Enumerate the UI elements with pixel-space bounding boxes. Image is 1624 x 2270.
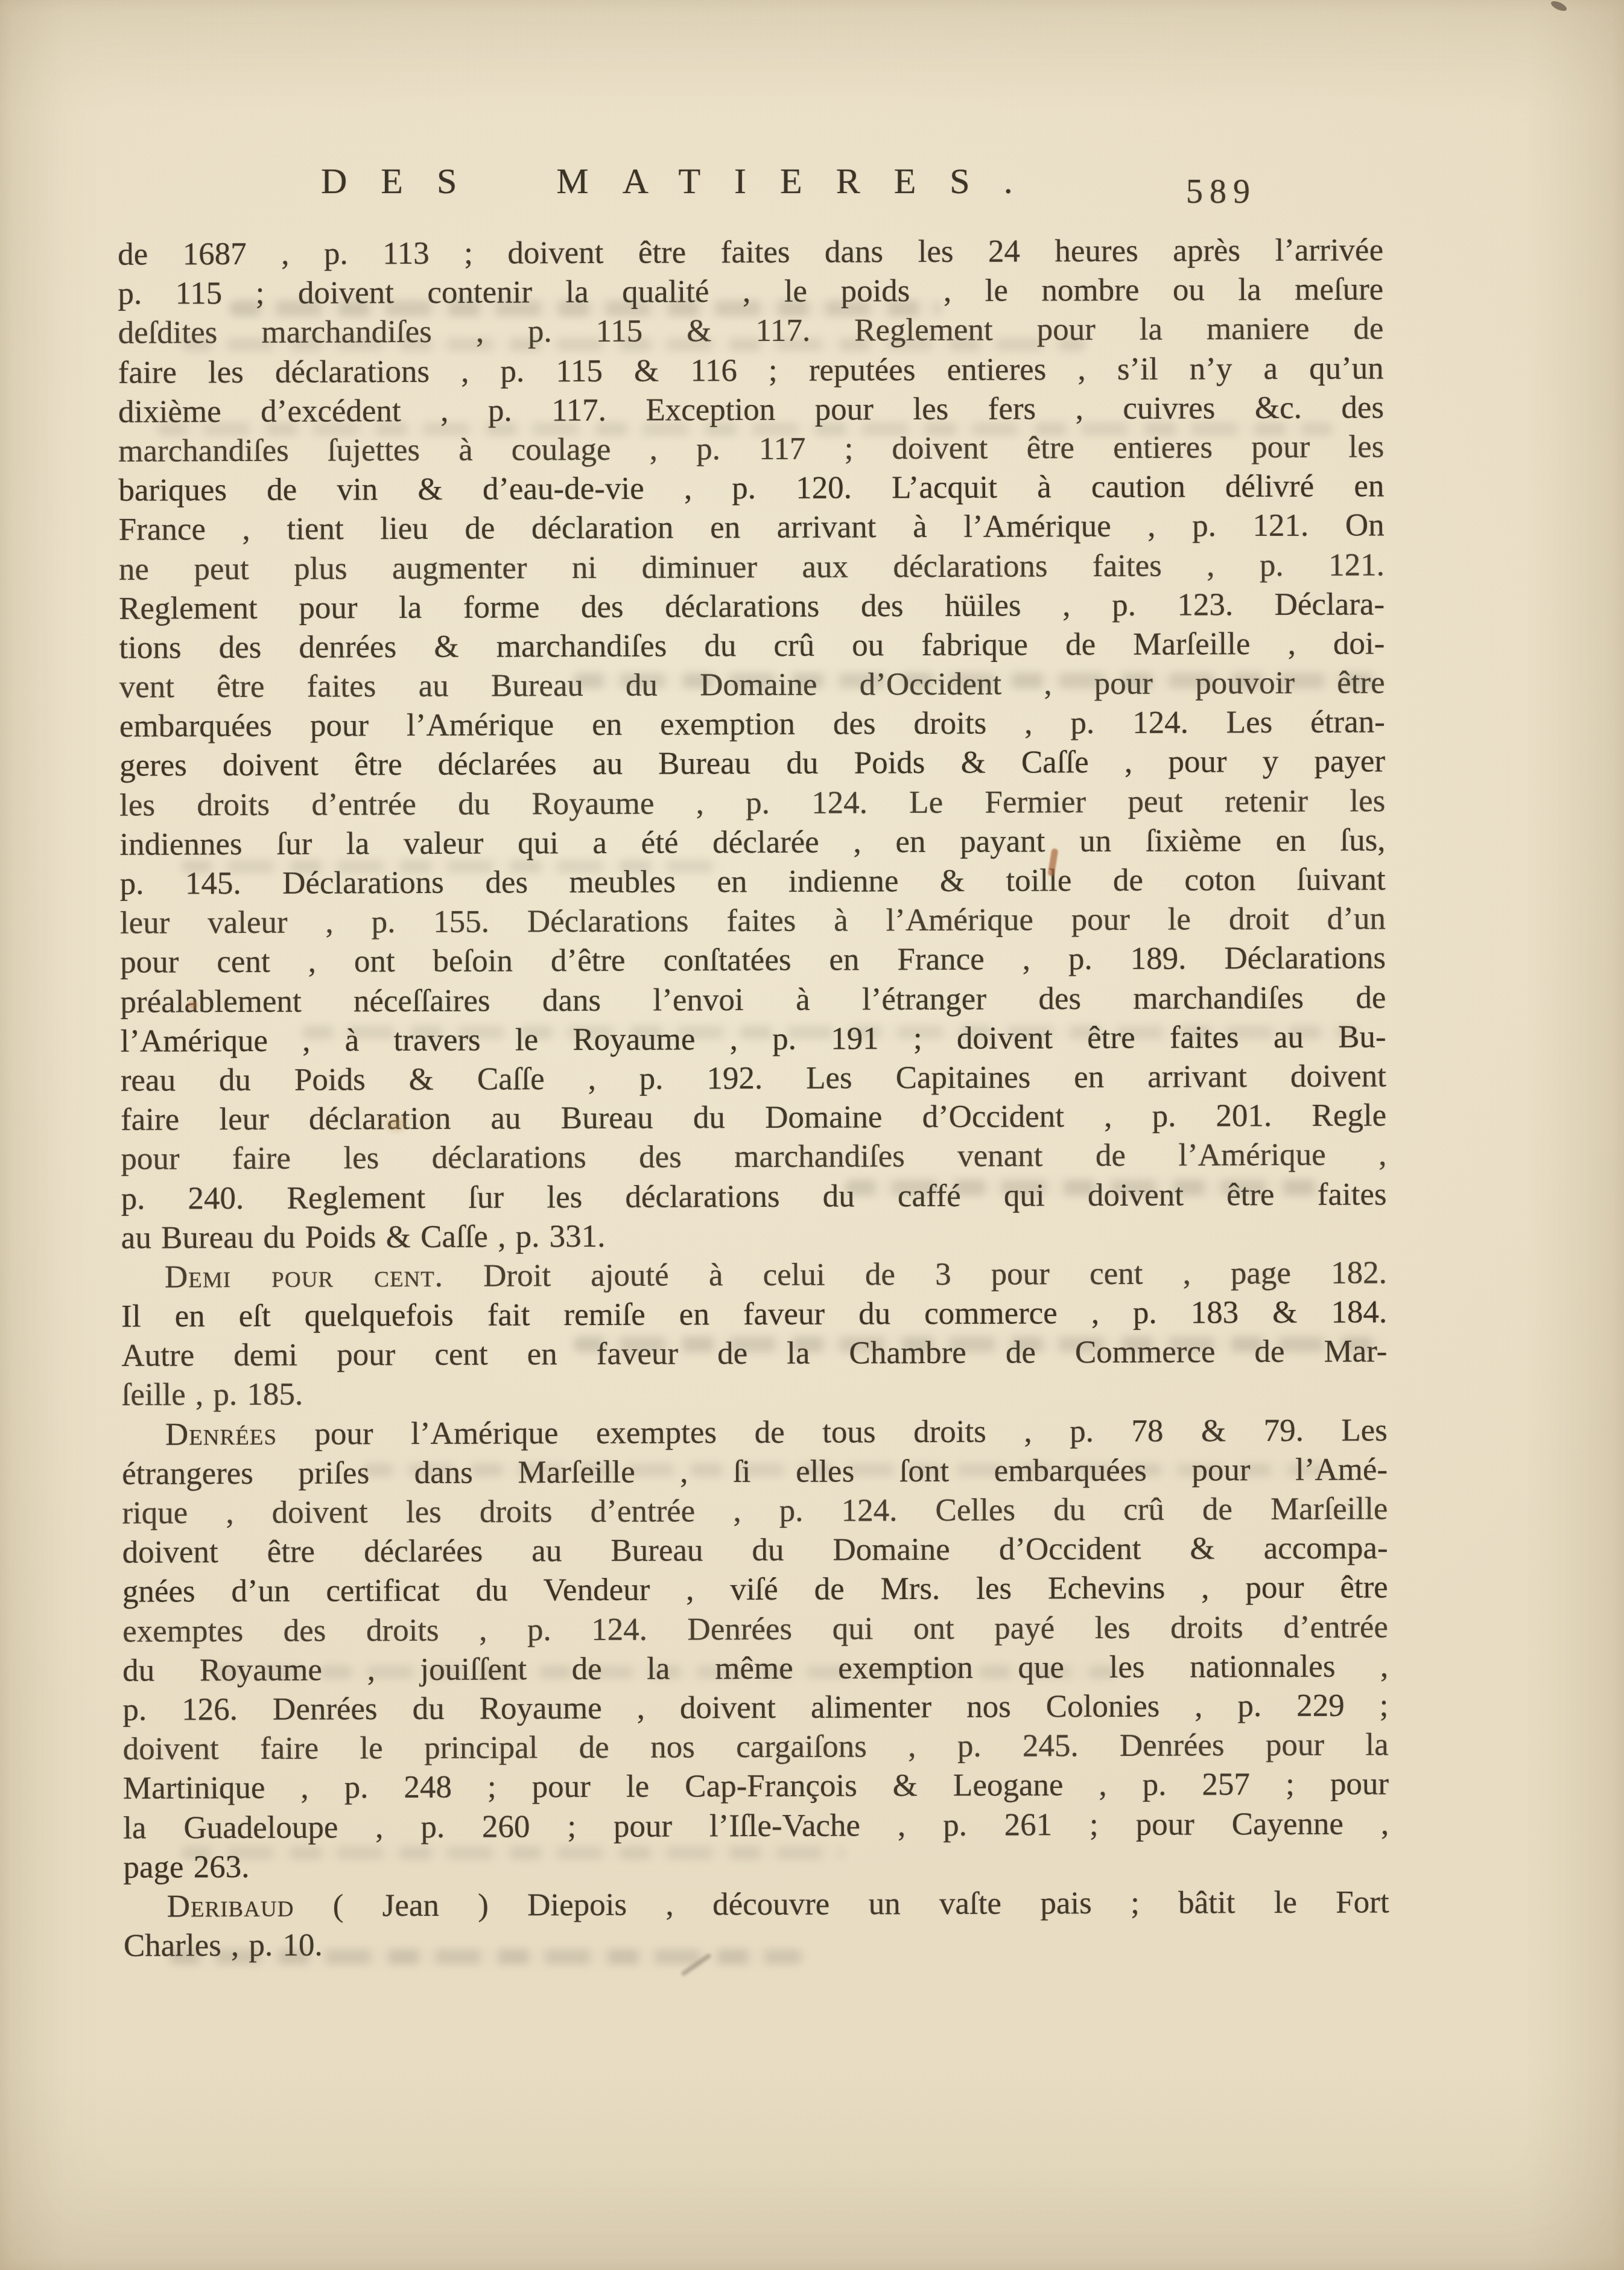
text-line: Reglement pour la forme des déclarations… [119, 585, 1385, 629]
text-line: faire leur déclaration au Bureau du Doma… [121, 1096, 1386, 1140]
text-line: préalablement néceſſaires dans l’envoi à… [120, 978, 1386, 1022]
text-line: Autre demi pour cent en faveur de la Cha… [121, 1332, 1387, 1376]
text-line: Demi pour cent. Droit ajouté à celui de … [121, 1253, 1387, 1297]
text-line: Deribaud ( Jean ) Diepois , découvre un … [124, 1883, 1389, 1927]
text-line: Denrées pour l’Amérique exemptes de tous… [122, 1411, 1388, 1455]
text-line: marchandiſes ſujettes à coulage , p. 117… [118, 427, 1384, 471]
text-line: au Bureau du Poids & Caſſe , p. 331. [121, 1214, 1387, 1258]
text-line: geres doivent être déclarées au Bureau d… [119, 742, 1385, 786]
text-line: vent être faites au Bureau du Domaine d’… [119, 663, 1385, 707]
text-line: l’Amérique , à travers le Royaume , p. 1… [121, 1017, 1386, 1061]
text-line: rique , doivent les droits d’entrée , p.… [122, 1489, 1388, 1533]
text-line: deſdites marchandiſes , p. 115 & 117. Re… [118, 310, 1383, 354]
text-line: p. 115 ; doivent contenir la qualité , l… [118, 270, 1383, 314]
text-line: Charles , p. 10. [124, 1922, 1389, 1966]
text-line: gnées d’un certificat du Vendeur , viſé … [122, 1568, 1388, 1612]
text-line: la Guadeloupe , p. 260 ; pour l’Iſle-Vac… [123, 1804, 1389, 1848]
text-line: indiennes ſur la valeur qui a été déclar… [119, 821, 1385, 865]
text-line: étrangeres priſes dans Marſeille , ſi el… [122, 1450, 1388, 1494]
text-line: p. 240. Reglement ſur les déclarations d… [121, 1175, 1386, 1219]
text-line: ne peut plus augmenter ni diminuer aux d… [119, 545, 1385, 590]
text-line: doivent faire le principal de nos cargai… [123, 1725, 1389, 1769]
running-title: DES MATIERES. [321, 161, 1047, 202]
text-line: leur valeur , p. 155. Déclarations faite… [120, 900, 1386, 944]
text-line: ſeille , p. 185. [122, 1372, 1388, 1416]
text-line: les droits d’entrée du Royaume , p. 124.… [119, 781, 1385, 825]
text-line: reau du Poids & Caſſe , p. 192. Les Capi… [121, 1057, 1386, 1101]
folio-page-number: 589 [1186, 173, 1257, 211]
text-line: de 1687 , p. 113 ; doivent être faites d… [118, 230, 1383, 275]
text-line: embarquées pour l’Amérique en exemption … [119, 703, 1385, 747]
text-line: du Royaume , jouiſſent de la même exempt… [122, 1647, 1388, 1691]
text-line: bariques de vin & d’eau-de-vie , p. 120.… [118, 466, 1384, 510]
text-line: pour cent , ont beſoin d’être conſtatées… [120, 939, 1386, 983]
body-text: de 1687 , p. 113 ; doivent être faites d… [118, 230, 1389, 1966]
text-line: France , tient lieu de déclaration en ar… [119, 506, 1385, 550]
text-line: page 263. [123, 1843, 1389, 1887]
paper-speck [1550, 0, 1568, 13]
text-line: p. 126. Denrées du Royaume , doivent ali… [122, 1686, 1388, 1730]
text-line: p. 145. Déclarations des meubles en indi… [120, 860, 1386, 904]
text-line: Martinique , p. 248 ; pour le Cap-Franço… [123, 1765, 1389, 1809]
text-line: faire les déclarations , p. 115 & 116 ; … [118, 349, 1384, 393]
text-line: Il en eſt quelquefois fait remiſe en fav… [121, 1292, 1387, 1337]
text-line: dixième d’excédent , p. 117. Exception p… [118, 388, 1384, 432]
text-line: doivent être déclarées au Bureau du Doma… [122, 1529, 1388, 1573]
text-line: exemptes des droits , p. 124. Denrées qu… [122, 1607, 1388, 1652]
scanned-book-page: DES MATIERES. 589 de 1687 , p. 113 ; doi… [0, 0, 1624, 2270]
text-line: tions des denrées & marchandiſes du crû … [119, 624, 1385, 668]
text-line: pour faire les déclarations des marchand… [121, 1136, 1386, 1180]
